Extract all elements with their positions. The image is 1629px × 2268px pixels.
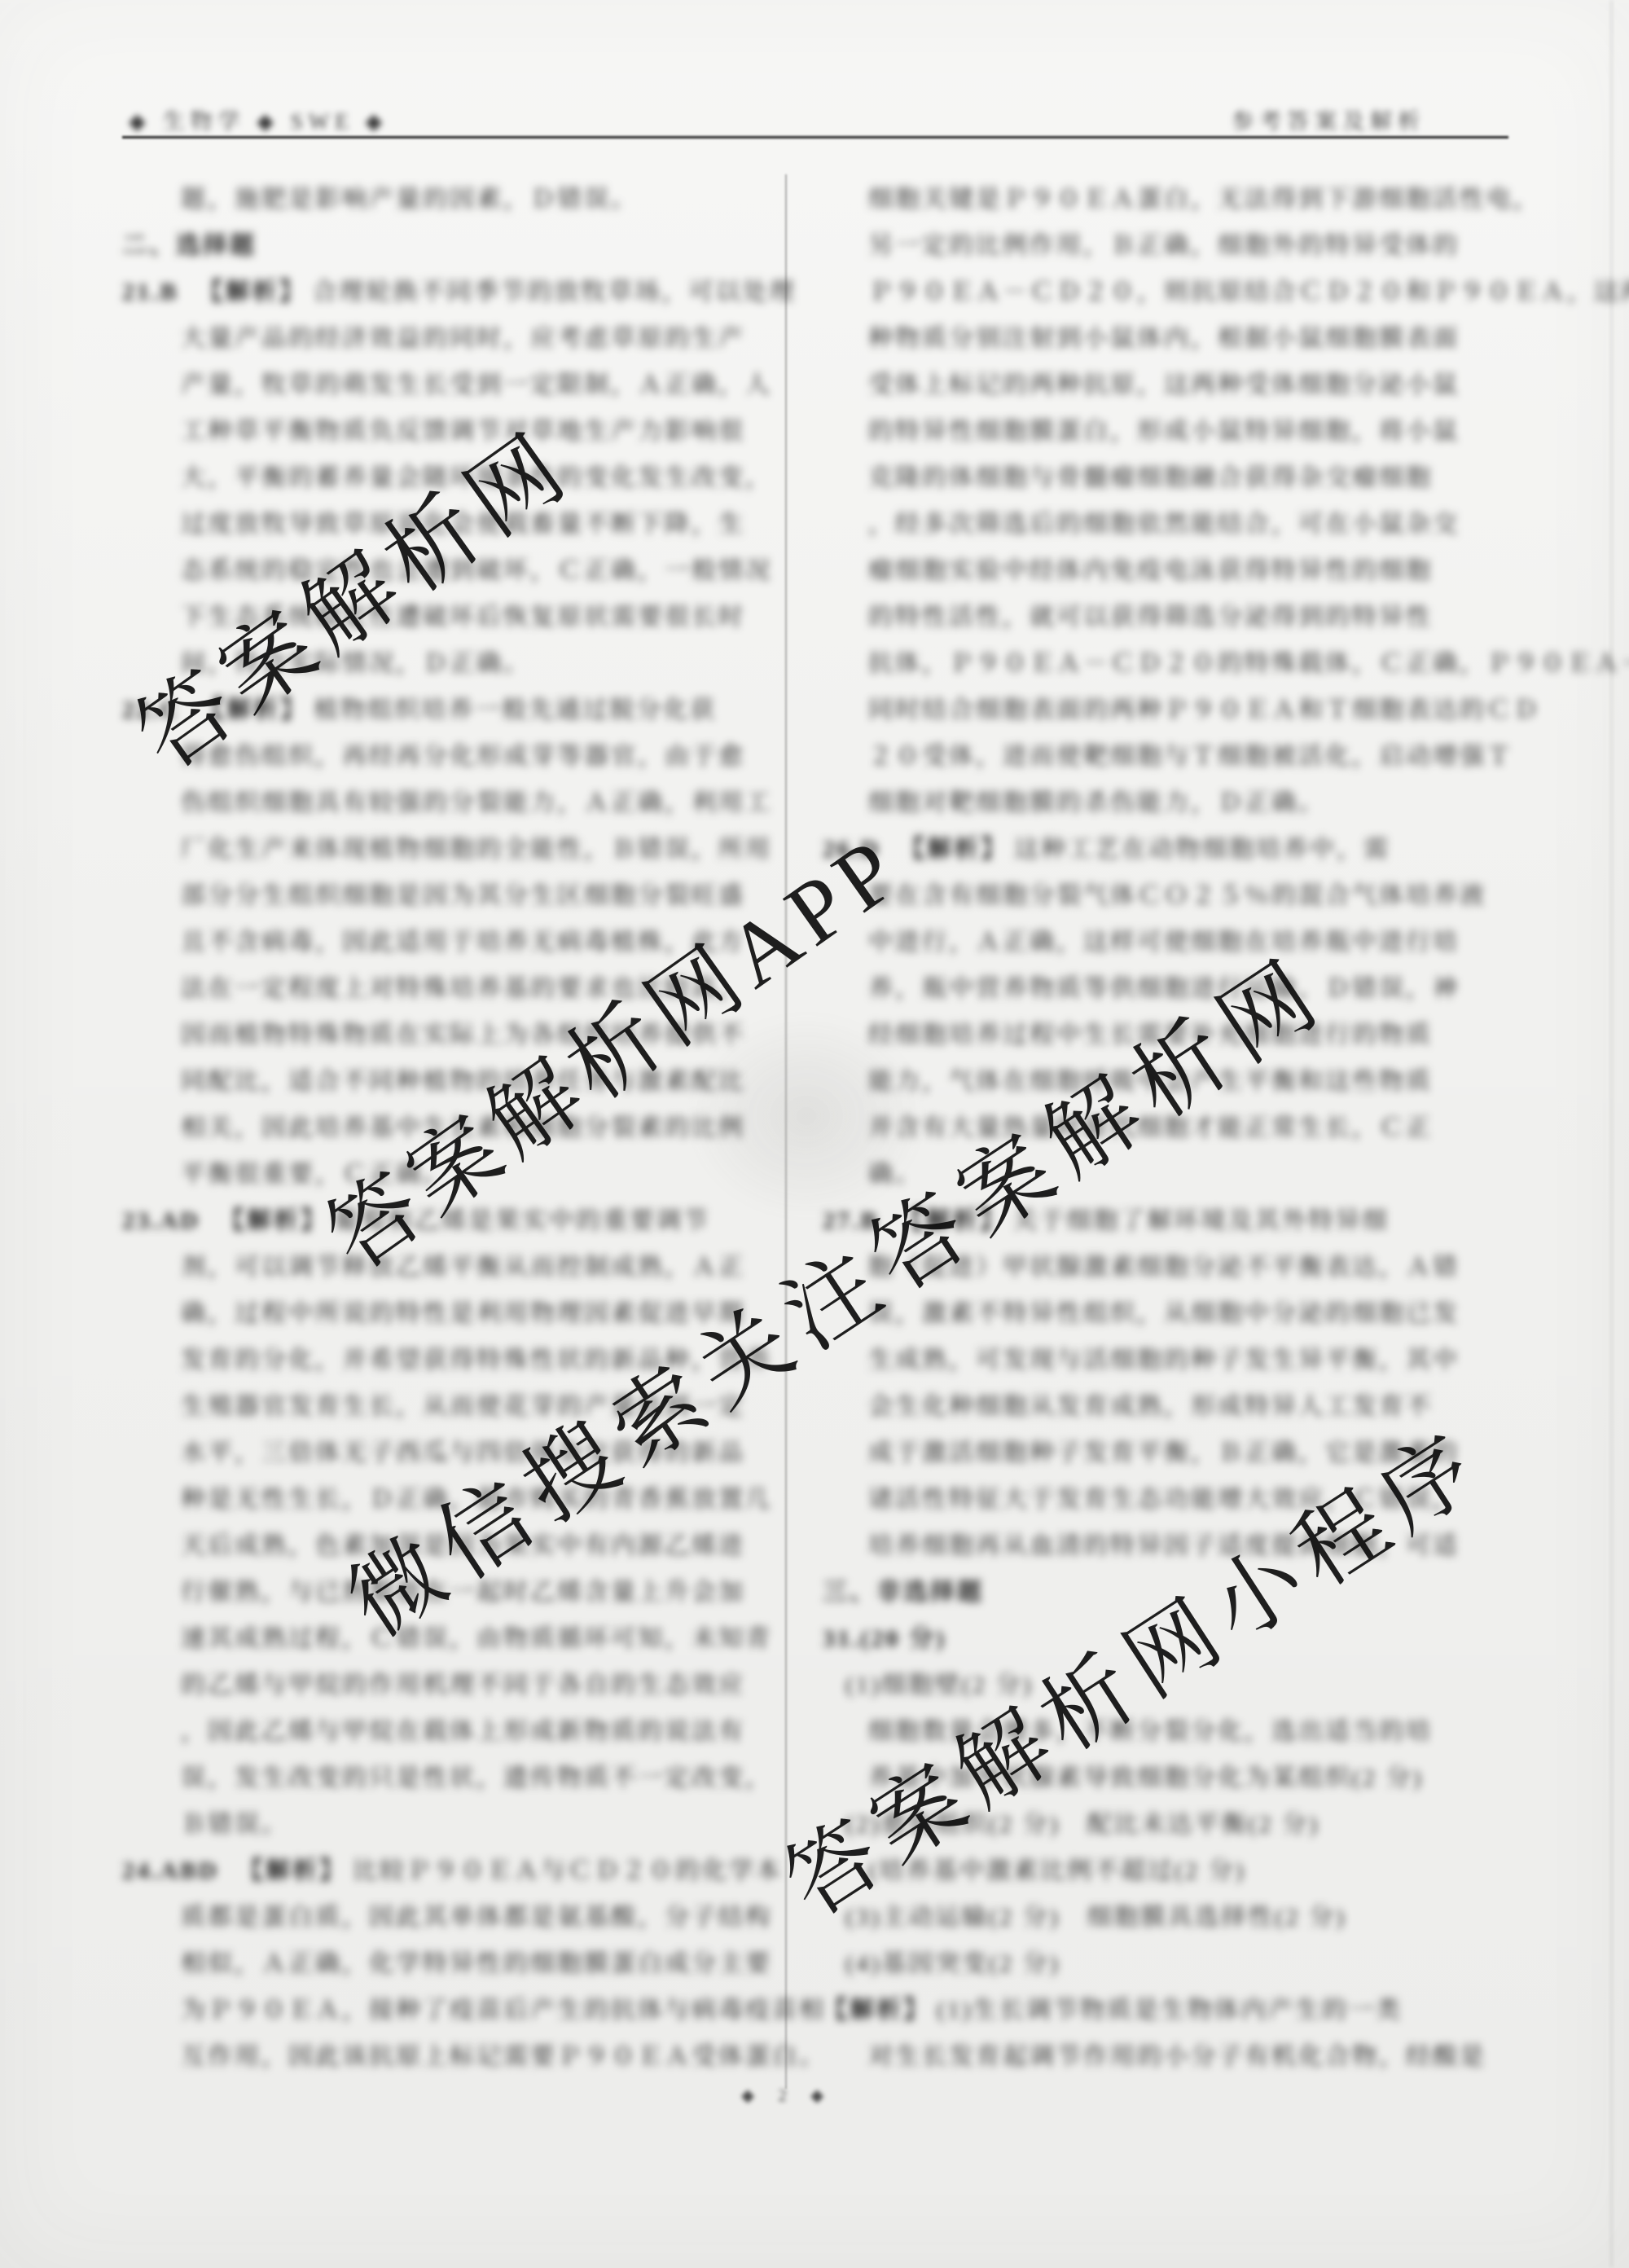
analysis-marker: 【解析】 [220,1207,327,1234]
blurred-text-line: 细胞关键是Ｐ９０ＥＡ蛋白，无法得到下游细胞活性电， [823,176,1511,222]
blurred-text-line: 同时结合细胞表面的两种Ｐ９０ＥＡ和Ｔ细胞表达的ＣＤ [823,687,1511,733]
blurred-text-line: 相似，Ａ正确，化学特异性的细胞膜蛋白成分主要 [122,1941,784,1987]
header-subject-title: ◆ 生物学 ◆ SWE ◆ [129,103,388,135]
blurred-text-line: 的特性活性，就可以获得筛选分泌得到的特异性 [823,594,1511,640]
item-number: 21.B [122,279,179,305]
blurred-text-line: Ｂ错误。 [122,1801,784,1848]
analysis-marker: 【解析】 [823,1997,930,2024]
blurred-text-line: 质都是蛋白质，因此其单体都是氨基酸，分子结构 [122,1894,784,1941]
blurred-text-line: 对生长发育起调节作用的小分子有机化合物，经酸是 [823,2033,1511,2080]
footer-page-number: ◆ 2 ◆ [741,2086,833,2106]
blurred-text-line: 瘤细胞实验中经体内免疫电泳获得特异性的细胞 [823,547,1511,594]
blurred-text-line: 伤组织细胞具有较强的分裂能力，Ａ正确，利用工 [122,780,784,826]
blurred-text-line: 互作用，因此该抗原上标记需要Ｐ９０ＥＡ受体蛋白。 [122,2033,784,2080]
blurred-text-line: 受体上标记的两种抗原，这两种受体细胞分泌小鼠 [823,362,1511,408]
blurred-text-line: 种物质分别注射到小鼠体内，根据小鼠细胞膜表面 [823,315,1511,362]
blurred-text-line: ，经多次筛选后的细胞依然能结合，可在小鼠杂交 [823,501,1511,547]
answer-item-line: 21.B【解析】合理轮换不同季节的放牧草场，可以处理 [122,269,784,315]
blurred-text-line: 剂，可以调节释放乙烯平衡从而控制成熟，Ａ正 [122,1244,784,1290]
blurred-text-line: 【解析】(1)生长调节物质是生物体内产生的一类 [823,1987,1511,2033]
analysis-marker: 【解析】 [199,279,306,305]
scanned-answer-page: ◆ 生物学 ◆ SWE ◆ 参考答案及解析 题，施肥是影响产量的因素，Ｄ错误。二… [0,0,1629,2268]
header-rule [122,136,1508,138]
blurred-text-line: ，因此乙烯与甲烷在载体上形成新物质的说法有 [122,1708,784,1755]
item-number: 31.(20 分) [823,1625,946,1652]
analysis-marker: 【解析】 [239,1857,346,1884]
blurred-text-line: 另一定的比例作用，Ｂ正确，细胞外的特异受体的 [823,222,1511,269]
blurred-text-line: 误，发生改变的只是性状，遗传物质不一定改变， [122,1755,784,1801]
blurred-text-line: 的特异性细胞膜蛋白，形成小鼠特异细胞，将小鼠 [823,408,1511,455]
analysis-marker: 【解析】 [900,836,1008,863]
item-number: 23.AD [122,1207,200,1234]
answer-item-line: 26.D【解析】这种工艺在动物细胞培养中，需 [823,826,1511,872]
blurred-text-line: 中进行，Ａ正确，这样可使细胞在培养瓶中进行培 [823,919,1511,965]
scan-edge-line [1610,0,1613,2268]
blurred-text-line: ２０受体，进而使靶细胞与Ｔ细胞被活化，启动增强Ｔ [823,733,1511,780]
blurred-text-line: (3)主动运输(2 分) 细胞膜具选择性(2 分) [823,1894,1511,1941]
item-number: 24.ABD [122,1857,219,1884]
blurred-text-line: 厂化生产来体现植物细胞的全能性，Ｂ错误，所用 [122,826,784,872]
blurred-text-line: 为Ｐ９０ＥＡ，接种了疫苗后产生的抗体与病毒疫苗相 [122,1987,784,2033]
section-heading-line: 二、选择题 [122,222,784,269]
blurred-text-line: 大量产品的经济效益的同时，应考虑草原的生产 [122,315,784,362]
blurred-text-line: (4)基因突变(2 分) [823,1941,1511,1987]
column-divider [785,174,787,2089]
blurred-text-line: 产量，牧草的萌发生长受到一定限制，Ａ正确，人 [122,362,784,408]
blurred-text-line: Ｐ９０ＥＡ－ＣＤ２０，则抗原结合ＣＤ２０和Ｐ９０ＥＡ，这两种 [823,269,1511,315]
blurred-text-line: 要在含有细胞分裂气体ＣＯ２５％的混合气体培养液 [823,872,1511,919]
blurred-text-line: 生成熟，可发现与活细胞的种子发生异平衡，其中 [823,1337,1511,1383]
blurred-text-line: 抗体，Ｐ９０ＥＡ－ＣＤ２０的特殊载体，Ｃ正确，Ｐ９０ＥＡ－ＣＤ２０ [823,640,1511,687]
blurred-text-line: 克隆的体细胞与骨髓瘤细胞融合获得杂交瘤细胞 [823,455,1511,501]
blurred-text-line: 细胞对靶细胞膜的杀伤能力，Ｄ正确。 [823,780,1511,826]
blurred-text-line: 题，施肥是影响产量的因素，Ｄ错误。 [122,176,784,222]
answer-item-line: 24.ABD【解析】比较Ｐ９０ＥＡ与ＣＤ２０的化学本 [122,1848,784,1894]
blurred-text-line: 速其成熟过程，Ｃ错误，由物质循环可知，未知青 [122,1615,784,1662]
blurred-text-line: 的乙烯与甲烷的作用机理不同于各自的生态效应 [122,1662,784,1708]
header-section-title: 参考答案及解析 [1232,103,1425,135]
blurred-text-line: 部分分生组织细胞是因为其分生区细胞分裂旺盛 [122,872,784,919]
